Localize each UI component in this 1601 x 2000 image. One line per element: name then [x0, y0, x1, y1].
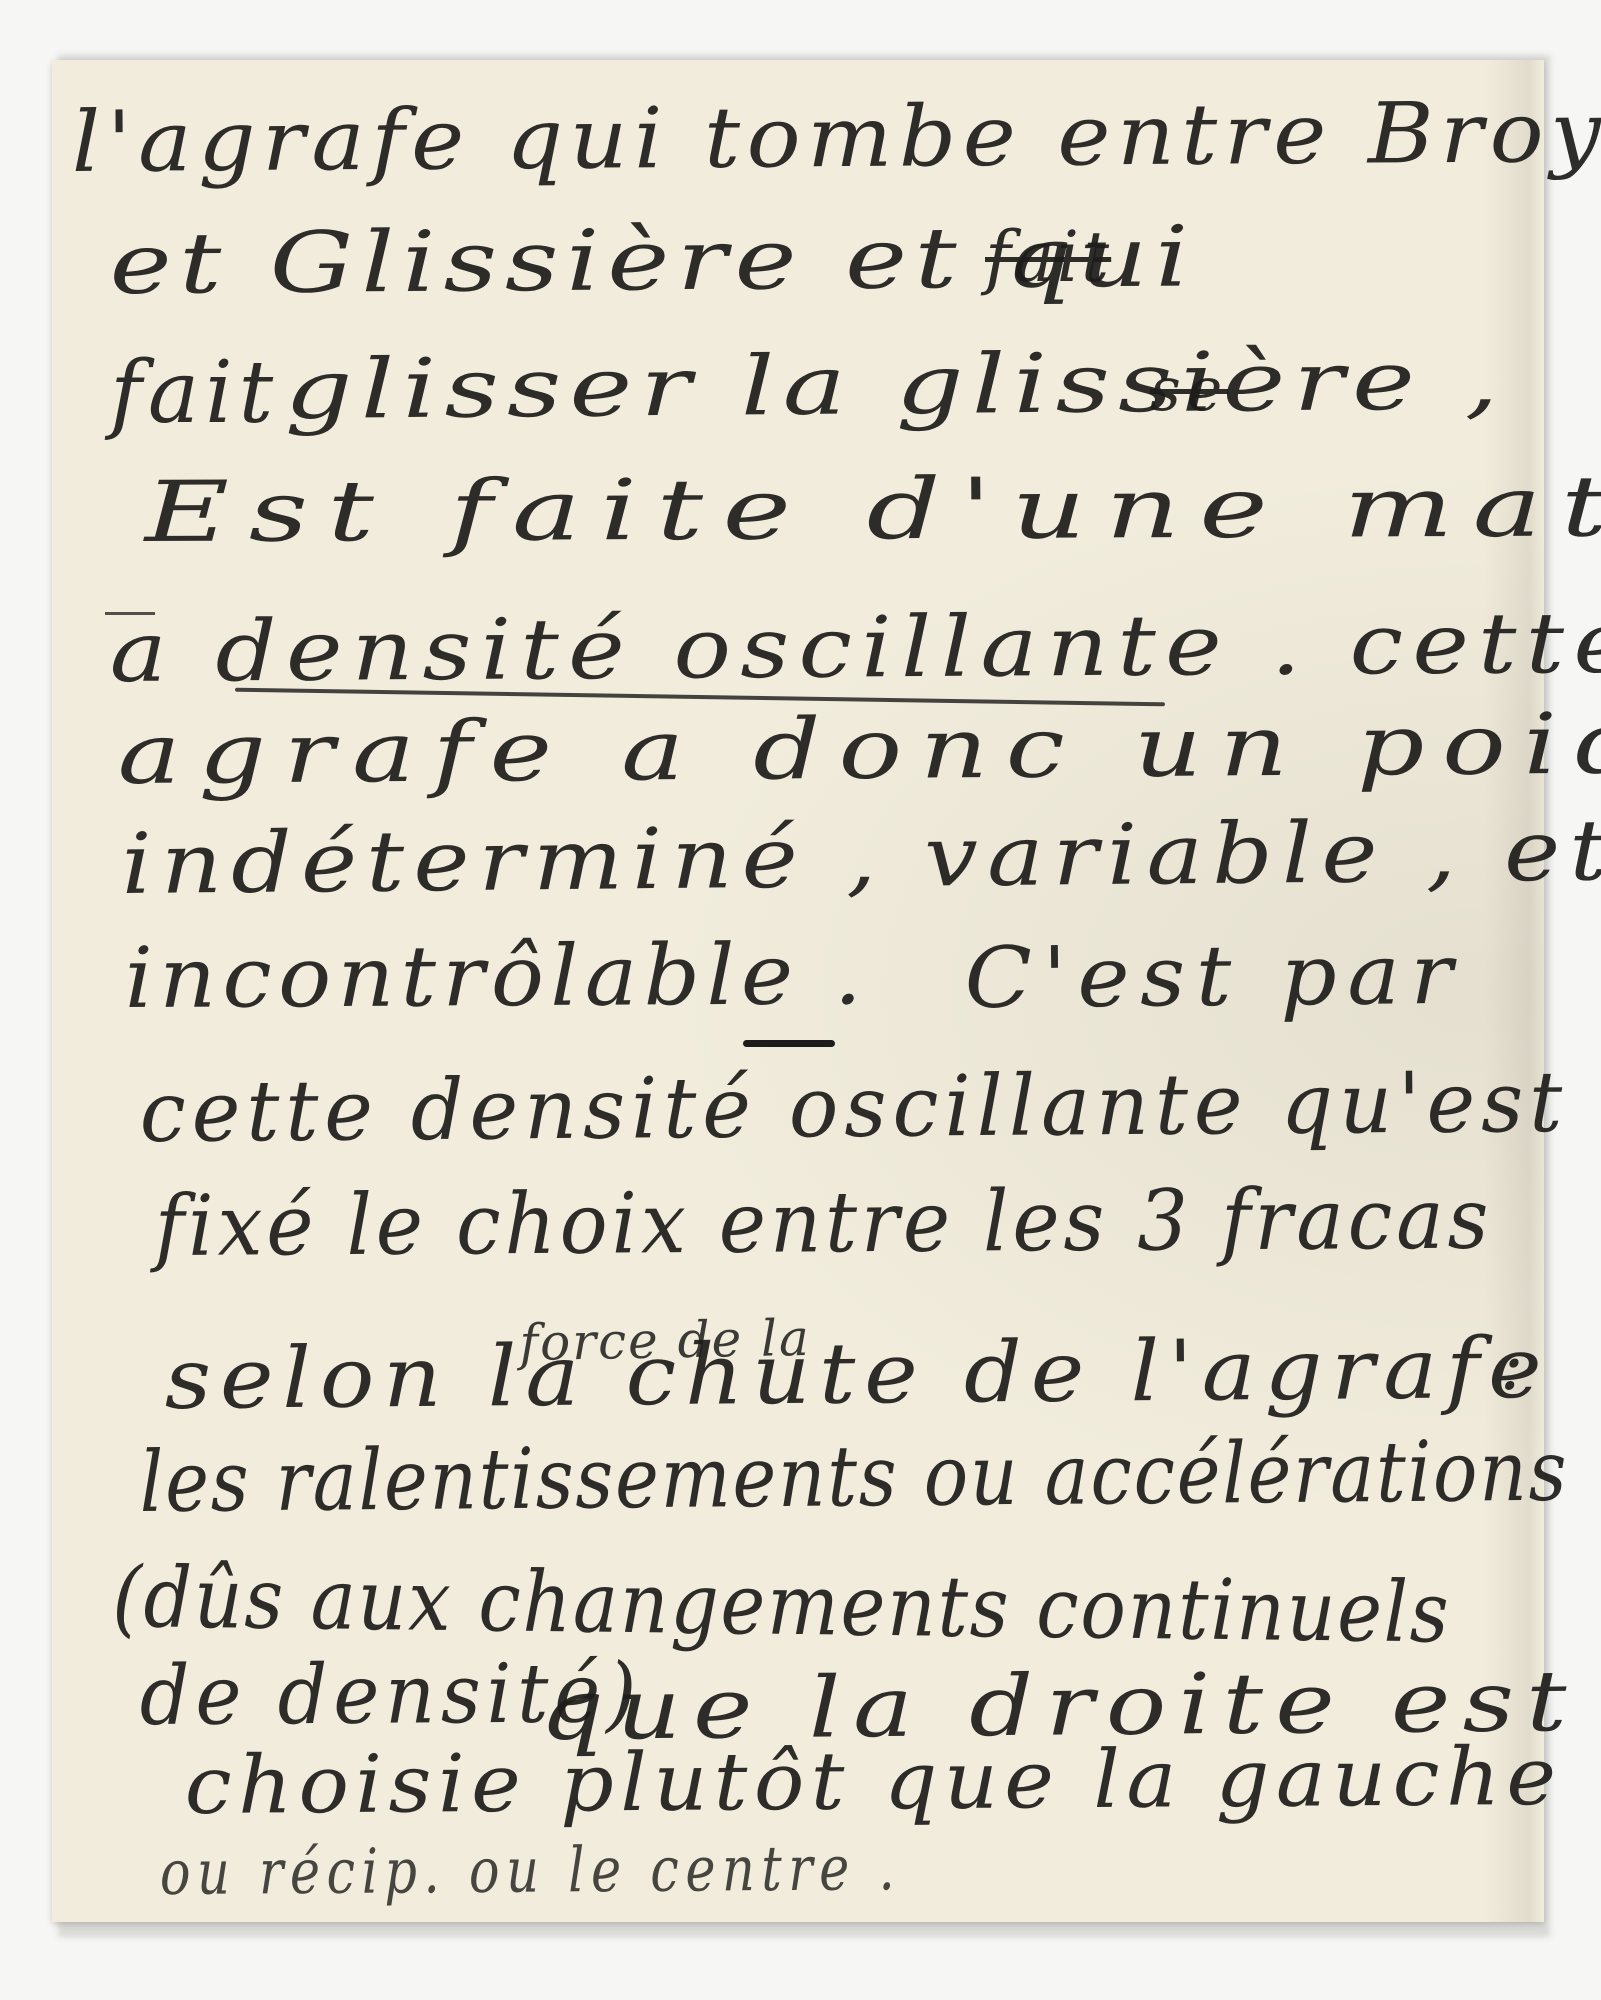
line-1: l'agrafe qui tombe entre Broyeuse	[71, 88, 1601, 184]
line-10: fixé le choix entre les 3 fracas	[155, 1177, 1493, 1268]
line-8a: incontrôlable .	[125, 932, 869, 1020]
line-12: les ralentissements ou accélérations	[139, 1429, 1568, 1524]
line-15: choisie plutôt que la gauche	[184, 1737, 1562, 1826]
line-6: agrafe a donc un poids	[117, 701, 1601, 796]
struck-word-1: fait	[985, 222, 1111, 292]
line-11: selon la chute de l'agrafe	[164, 1326, 1551, 1421]
line-5: a densité oscillante . cette	[109, 601, 1601, 694]
line-7: indéterminé , variable , et	[121, 808, 1601, 906]
line-13: (dûs aux changements continuels	[112, 1555, 1451, 1655]
line-3b: glisser la glissière ,	[284, 340, 1507, 432]
line-8b: C'est par	[964, 932, 1463, 1020]
line-3a: fait	[110, 350, 279, 436]
line-9: cette densité oscillante qu'est	[139, 1060, 1568, 1154]
line-4: Est faite d'une matière	[144, 463, 1601, 554]
line-16: ou récip. ou le centre .	[160, 1837, 902, 1904]
em-dash	[743, 1040, 835, 1047]
struck-word-2: se	[1150, 360, 1228, 420]
